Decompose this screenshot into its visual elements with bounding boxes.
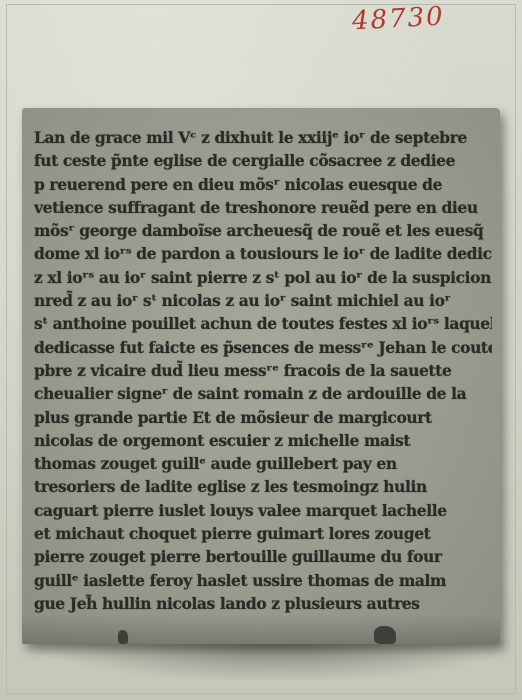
inscription-line: z xl ioʳˢ au ioʳ saint pierre z sᵗ pol a…: [34, 266, 492, 289]
inscription-line: nred̃ z au ioʳ sᵗ nicolas z au ioʳ saint…: [34, 289, 492, 312]
inscription-text: Lan de grace mil Vᶜ z dixhuit le xxiijᵉ …: [34, 126, 492, 615]
inscription-line: tresoriers de ladite eglise z les tesmoi…: [34, 475, 492, 498]
inscription-line: p reuerend pere en dieu mõsʳ nicolas eu…: [34, 173, 492, 196]
archival-photograph: 48730 Lan de grace mil Vᶜ z dixhuit le x…: [0, 0, 522, 700]
inscription-line: et michaut choquet pierre guimart lores …: [34, 522, 492, 545]
stone-tablet: Lan de grace mil Vᶜ z dixhuit le xxiijᵉ …: [22, 108, 500, 644]
inscription-line: guillᵉ iaslette feroy haslet ussire thom…: [34, 569, 492, 592]
inscription-line: caguart pierre iuslet louys valee marque…: [34, 499, 492, 522]
inscription-line: vetience suffragant de treshonore reuẽd…: [34, 196, 492, 219]
inscription-line: sᵗ anthoine pouillet achun de toutes fes…: [34, 312, 492, 335]
inscription-line: fut ceste p̃nte eglise de cergialle cõs…: [34, 149, 492, 172]
inscription-line: pierre zouget pierre bertouille guillaum…: [34, 545, 492, 568]
inscription-line: nicolas de orgemont escuier z michelle m…: [34, 429, 492, 452]
inscription-line: cheualier signeʳ de saint romain z de ar…: [34, 382, 492, 405]
inscription-line: Lan de grace mil Vᶜ z dixhuit le xxiijᵉ …: [34, 126, 492, 149]
inscription-line: dedicasse fut faicte es p̃sences de mess…: [34, 336, 492, 359]
inscription-line: thomas zouget guillᵉ aude guillebert pay…: [34, 452, 492, 475]
inscription-line: gue Jeh̃ hullin nicolas lando z plusieur…: [34, 592, 492, 615]
catalog-number: 48730: [351, 2, 445, 37]
inscription-line: plus grande partie Et de mõsieur de mar…: [34, 406, 492, 429]
inscription-line: dome xl ioʳˢ de pardon a tousiours le io…: [34, 242, 492, 265]
stone-damage-chip: [374, 626, 396, 644]
stone-damage-chip: [118, 630, 128, 644]
inscription-line: pbre z vicaire dud̃ lieu messʳᵉ fracois …: [34, 359, 492, 382]
tablet-shadow: [40, 640, 510, 680]
inscription-line: mõsʳ george damboĩse archeuesq̃ de roue…: [34, 219, 492, 242]
